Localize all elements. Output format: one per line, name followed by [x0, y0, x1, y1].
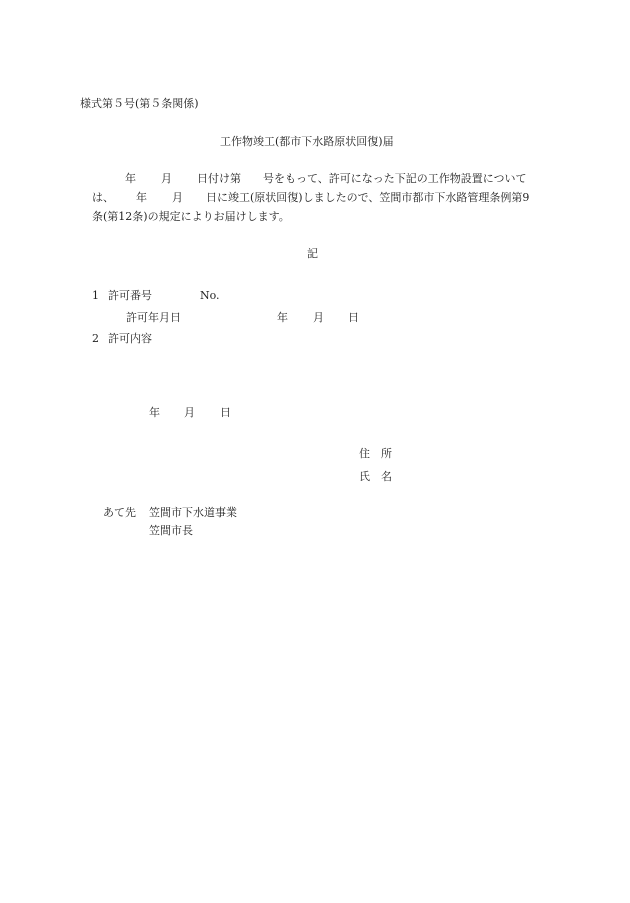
- body-line3: 条(第12条)の規定によりお届けします。: [92, 210, 290, 224]
- item-label: 許可番号: [108, 289, 152, 303]
- form-label: 様式第５号(第５条関係): [80, 97, 199, 111]
- body-month2: 月: [172, 191, 183, 205]
- ki-heading: 記: [307, 247, 318, 261]
- item-label: 許可内容: [108, 332, 152, 346]
- body-month: 月: [161, 172, 172, 186]
- item-label: 許可年月日: [126, 311, 181, 325]
- body-wa: は、: [92, 191, 114, 205]
- applicant-name-label: 氏 名: [359, 470, 392, 484]
- date-day: 日: [220, 406, 231, 420]
- item-number: 1: [92, 289, 99, 303]
- date-month: 月: [184, 406, 195, 420]
- applicant-address-label: 住 所: [359, 447, 392, 461]
- document-title: 工作物竣工(都市下水路原状回復)届: [220, 135, 394, 149]
- body-line2-rest: 日に竣工(原状回復)しましたので、笠間市都市下水路管理条例第9: [206, 191, 529, 205]
- body-line1-rest: 日付け第 号をもって、許可になった下記の工作物設置について: [197, 172, 527, 186]
- permit-year: 年: [277, 311, 288, 325]
- permit-number-value: No.: [200, 289, 220, 303]
- addressee-line1: 笠間市下水道事業: [149, 506, 237, 520]
- addressee-line2: 笠間市長: [149, 524, 193, 538]
- permit-day: 日: [348, 311, 359, 325]
- addressee-label: あて先: [103, 506, 136, 520]
- body-year: 年: [125, 172, 136, 186]
- item-number: 2: [92, 332, 99, 346]
- body-year2: 年: [136, 191, 147, 205]
- permit-month: 月: [313, 311, 324, 325]
- date-year: 年: [149, 406, 160, 420]
